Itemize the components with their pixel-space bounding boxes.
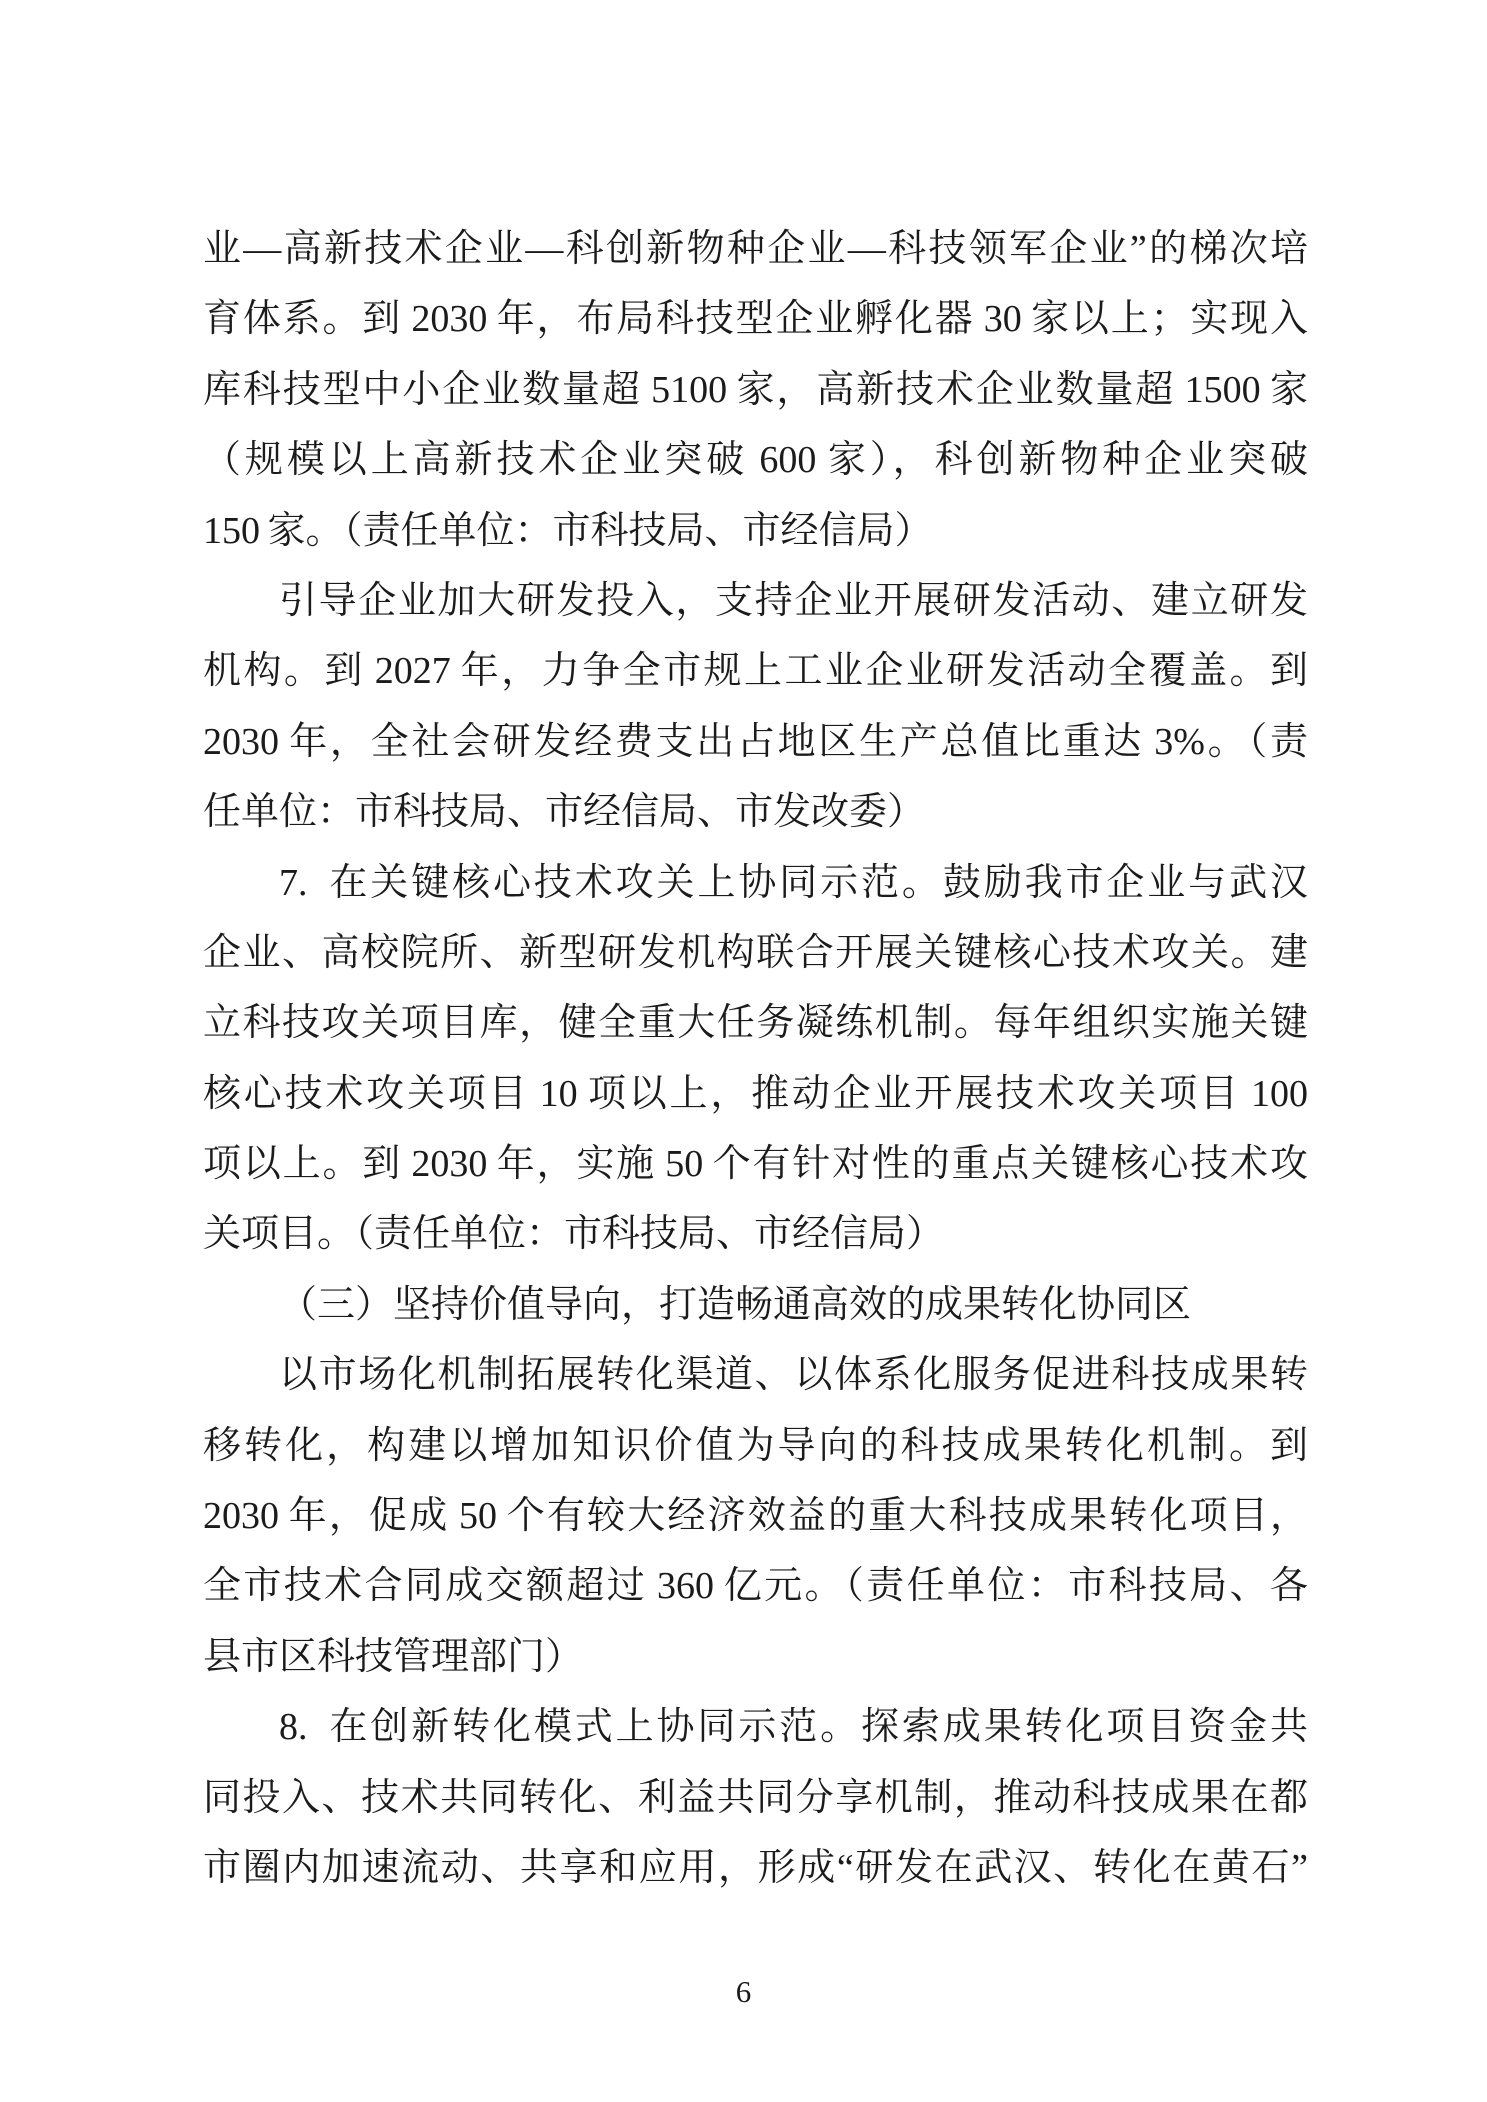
text-line: 企业、高校院所、新型研发机构联合开展关键核心技术攻关。建 <box>203 918 1308 988</box>
text-line: 项以上。到 2030 年，实施 50 个有针对性的重点关键核心技术攻 <box>203 1129 1308 1199</box>
text-line: 同投入、技术共同转化、利益共同分享机制，推动科技成果在都 <box>203 1763 1308 1833</box>
text-line: 全市技术合同成交额超过 360 亿元。（责任单位：市科技局、各 <box>203 1551 1308 1621</box>
page-number: 6 <box>0 1972 1487 2012</box>
text-line: 业—高新技术企业—科创新物种企业—科技领军企业”的梯次培 <box>203 214 1308 284</box>
document-page: 业—高新技术企业—科创新物种企业—科技领军企业”的梯次培育体系。到 2030 年… <box>0 0 1487 2102</box>
text-line: 移转化，构建以增加知识价值为导向的科技成果转化机制。到 <box>203 1411 1308 1481</box>
text-line: 以市场化机制拓展转化渠道、以体系化服务促进科技成果转 <box>203 1340 1308 1410</box>
text-line: 引导企业加大研发投入，支持企业开展研发活动、建立研发 <box>203 566 1308 636</box>
text-line: 2030 年，全社会研发经费支出占地区生产总值比重达 3%。（责 <box>203 707 1308 777</box>
text-line: 2030 年，促成 50 个有较大经济效益的重大科技成果转化项目， <box>203 1481 1308 1551</box>
text-line: 育体系。到 2030 年，布局科技型企业孵化器 30 家以上；实现入 <box>203 284 1308 354</box>
text-line: 核心技术攻关项目 10 项以上，推动企业开展技术攻关项目 100 <box>203 1059 1308 1129</box>
text-line: 8. 在创新转化模式上协同示范。探索成果转化项目资金共 <box>203 1692 1308 1762</box>
text-line: 关项目。（责任单位：市科技局、市经信局） <box>203 1199 1308 1269</box>
body-text: 业—高新技术企业—科创新物种企业—科技领军企业”的梯次培育体系。到 2030 年… <box>203 214 1308 1903</box>
text-line: 市圈内加速流动、共享和应用，形成“研发在武汉、转化在黄石” <box>203 1833 1308 1903</box>
text-line: 机构。到 2027 年，力争全市规上工业企业研发活动全覆盖。到 <box>203 636 1308 706</box>
text-line: 150 家。（责任单位：市科技局、市经信局） <box>203 496 1308 566</box>
text-line: 7. 在关键核心技术攻关上协同示范。鼓励我市企业与武汉 <box>203 848 1308 918</box>
text-line: 县市区科技管理部门） <box>203 1622 1308 1692</box>
text-line: 立科技攻关项目库，健全重大任务凝练机制。每年组织实施关键 <box>203 988 1308 1058</box>
text-line: 库科技型中小企业数量超 5100 家，高新技术企业数量超 1500 家 <box>203 355 1308 425</box>
text-line: （三）坚持价值导向，打造畅通高效的成果转化协同区 <box>203 1270 1308 1340</box>
text-line: 任单位：市科技局、市经信局、市发改委） <box>203 777 1308 847</box>
text-line: （规模以上高新技术企业突破 600 家），科创新物种企业突破 <box>203 425 1308 495</box>
